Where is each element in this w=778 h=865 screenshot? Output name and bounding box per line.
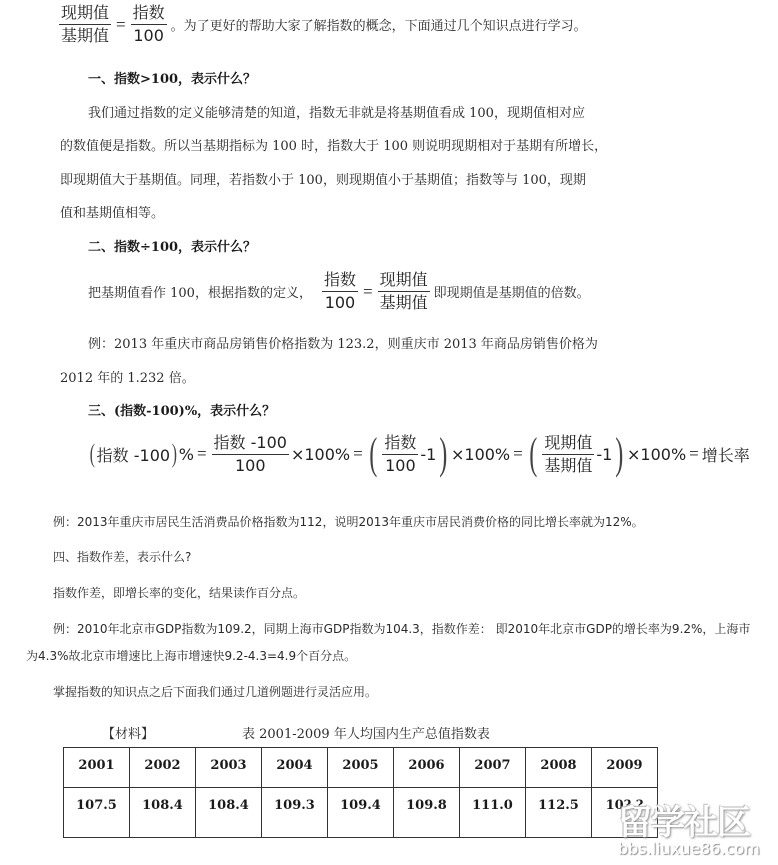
- denominator: 基期值: [542, 455, 594, 476]
- year-cell: 2005: [328, 748, 394, 788]
- table-header-row: 2001 2002 2003 2004 2005 2006 2007 2008 …: [64, 748, 658, 788]
- index-cell: 109.8: [394, 788, 460, 838]
- denominator: 基期值: [59, 25, 111, 46]
- index-cell: 109.3: [262, 788, 328, 838]
- fraction: 现期值 基期值: [378, 270, 430, 313]
- index-minus-100: 指数 -100: [97, 443, 170, 466]
- section-1-line-1: 我们通过指数的定义能够清楚的知道，指数无非就是将基期值看成 100，现期值相对应: [88, 102, 585, 121]
- growth-rate-formula: ( 指数 -100 ) % = 指数 -100 100 ×100% = ( 指数…: [88, 432, 750, 476]
- section-1-line-3: 即现期值大于基期值。同理，若指数小于 100，则现期值小于基期值；指数等与 10…: [60, 169, 586, 188]
- year-cell: 2006: [394, 748, 460, 788]
- year-cell: 2004: [262, 748, 328, 788]
- index-cell: 107.5: [64, 788, 130, 838]
- index-cell: 111.0: [460, 788, 526, 838]
- denominator: 基期值: [378, 292, 430, 313]
- growth-rate-label: 增长率: [702, 443, 750, 466]
- fraction: 指数 100: [322, 270, 358, 313]
- equals-sign: =: [197, 444, 207, 464]
- times-100-percent: ×100%: [451, 445, 510, 464]
- section-2-example-line-2: 2012 年的 1.232 倍。: [60, 367, 195, 386]
- equals-sign: =: [689, 444, 699, 464]
- fraction: 指数 -100 100: [212, 433, 289, 476]
- index-cell: 109.4: [328, 788, 394, 838]
- numerator: 现期值: [59, 3, 111, 25]
- material-label: 【材料】: [102, 723, 154, 742]
- minus-one: -1: [596, 445, 612, 464]
- numerator: 现期值: [378, 270, 430, 292]
- numerator: 指数: [131, 3, 167, 25]
- fraction: 指数 100: [382, 433, 418, 476]
- section-2-lead: 把基期值看作 100，根据指数的定义，: [88, 282, 312, 301]
- numerator: 现期值: [542, 433, 594, 455]
- fraction: 现期值 基期值: [542, 433, 594, 476]
- section-4-transition: 掌握指数的知识点之后下面我们通过几道例题进行灵活应用。: [53, 683, 377, 700]
- section-4-heading: 四、指数作差，表示什么?: [53, 548, 191, 565]
- year-cell: 2009: [592, 748, 658, 788]
- section-4-example-line-1: 例：2010年北京市GDP指数为109.2，同期上海市GDP指数为104.3，指…: [53, 620, 750, 637]
- denominator: 100: [323, 292, 358, 313]
- intro-formula: 现期值 基期值 = 指数 100 。为了更好的帮助大家了解指数的概念，下面通过几…: [57, 3, 587, 46]
- equals-sign: =: [116, 15, 126, 35]
- section-2-heading: 二、指数÷100，表示什么？: [88, 236, 256, 255]
- year-cell: 2008: [526, 748, 592, 788]
- section-4-example-line-2: 为4.3%故北京市增速比上海市增速快9.2-4.3=4.9个百分点。: [26, 647, 356, 664]
- close-paren: ): [172, 439, 177, 469]
- minus-one: -1: [420, 445, 436, 464]
- denominator: 100: [131, 25, 166, 46]
- section-3-example: 例：2013年重庆市居民生活消费品价格指数为112，说明2013年重庆市居民消费…: [53, 513, 644, 530]
- fraction: 指数 100: [131, 3, 167, 46]
- index-cell: 108.4: [196, 788, 262, 838]
- section-2-formula-line: 把基期值看作 100，根据指数的定义， 指数 100 = 现期值 基期值 即现期…: [88, 270, 590, 313]
- intro-text: 。为了更好的帮助大家了解指数的概念，下面通过几个知识点进行学习。: [171, 15, 587, 34]
- percent-sign: %: [179, 445, 194, 464]
- numerator: 指数: [322, 270, 358, 292]
- times-100-percent: ×100%: [627, 445, 686, 464]
- table-value-row: 107.5 108.4 108.4 109.3 109.4 109.8 111.…: [64, 788, 658, 838]
- watermark-url: bbs.liuxue86.com: [618, 839, 760, 858]
- section-1-line-4: 值和基期值相等。: [60, 202, 164, 221]
- table-title: 表 2001-2009 年人均国内生产总值指数表: [242, 723, 490, 742]
- section-2-tail: 即现期值是基期值的倍数。: [434, 282, 590, 301]
- section-4-definition: 指数作差，即增长率的变化，结果读作百分点。: [53, 584, 305, 601]
- equals-sign: =: [363, 282, 373, 302]
- index-cell: 108.4: [130, 788, 196, 838]
- open-paren: (: [90, 439, 95, 469]
- year-cell: 2003: [196, 748, 262, 788]
- year-cell: 2002: [130, 748, 196, 788]
- index-cell: 112.5: [526, 788, 592, 838]
- equals-sign: =: [353, 444, 363, 464]
- year-cell: 2007: [460, 748, 526, 788]
- open-paren: (: [369, 432, 377, 476]
- close-paren: ): [440, 432, 448, 476]
- section-2-example-line-1: 例：2013 年重庆市商品房销售价格指数为 123.2，则重庆市 2013 年商…: [88, 333, 598, 352]
- open-paren: (: [529, 432, 537, 476]
- numerator: 指数: [382, 433, 418, 455]
- denominator: 100: [383, 455, 418, 476]
- fraction: 现期值 基期值: [59, 3, 111, 46]
- close-paren: ): [616, 432, 624, 476]
- section-3-heading: 三、(指数-100)%，表示什么？: [88, 400, 275, 419]
- equals-sign: =: [513, 444, 523, 464]
- index-cell: 10?.?: [592, 788, 658, 838]
- numerator: 指数 -100: [212, 433, 289, 455]
- gdp-index-table: 2001 2002 2003 2004 2005 2006 2007 2008 …: [63, 747, 658, 838]
- denominator: 100: [233, 455, 268, 476]
- section-1-heading: 一、指数>100，表示什么？: [88, 68, 256, 87]
- year-cell: 2001: [64, 748, 130, 788]
- section-1-line-2: 的数值便是指数。所以当基期指标为 100 时，指数大于 100 则说明现期相对于…: [60, 135, 607, 154]
- times-100-percent: ×100%: [291, 445, 350, 464]
